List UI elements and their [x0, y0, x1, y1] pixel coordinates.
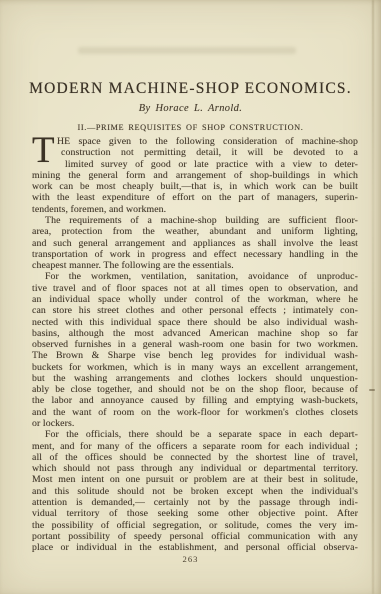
text-line: or lockers.	[32, 418, 358, 429]
text-line: with the least expenditure of effort on …	[32, 192, 358, 203]
text-line: area, protection from the weather, abund…	[32, 226, 358, 237]
text-line: attention is demanded,— certainly not by…	[32, 497, 358, 508]
text-line: construction not permitting detail, it w…	[32, 147, 358, 158]
text-line: tive travel and of floor spaces not at a…	[32, 283, 358, 294]
text-line: buckets for workmen, which is in many wa…	[32, 362, 358, 373]
text-line: Most men intent on one pursuit or proble…	[32, 474, 358, 485]
text-line: The requirements of a machine-shop build…	[32, 215, 358, 226]
text-line: tendents, foremen, and workmen.	[32, 204, 358, 215]
text-line: cheapest manner. The following are the e…	[32, 260, 358, 271]
paragraph: THE space given to the following conside…	[32, 136, 358, 215]
text-line: limited survey of good or late practice …	[32, 159, 358, 170]
bleed-through-ghost	[78, 47, 296, 54]
section-heading: II.—PRIME REQUISITES OF SHOP CONSTRUCTIO…	[0, 123, 381, 132]
article-body: THE space given to the following conside…	[32, 136, 358, 553]
text-line: and the want of room on the work-floor f…	[32, 407, 358, 418]
text-line: basins, although the most advanced Ameri…	[32, 328, 358, 339]
text-line: work can be most cheaply built,—that is,…	[32, 181, 358, 192]
text-line: the possibility of official segregation,…	[32, 520, 358, 531]
text-line: the labor and annoyance caused by fillin…	[32, 395, 358, 406]
text-line: For the officials, there should be a sep…	[32, 429, 358, 440]
text-line: which should not pass through any indivi…	[32, 463, 358, 474]
text-line: ably be close together, and should not b…	[32, 384, 358, 395]
book-page: MODERN MACHINE-SHOP ECONOMICS. By Horace…	[0, 0, 381, 594]
page-number: 263	[0, 554, 381, 564]
text-line: ment, and for many of the officers a sep…	[32, 441, 358, 452]
text-line: HE space given to the following consider…	[32, 136, 358, 147]
text-line: mining the general form and arrangement …	[32, 170, 358, 181]
byline: By Horace L. Arnold.	[0, 103, 381, 114]
paragraph: The requirements of a machine-shop build…	[32, 215, 358, 271]
paragraph: For the officials, there should be a sep…	[32, 429, 358, 553]
text-line: The Brown & Sharpe vise bench leg provid…	[32, 350, 358, 361]
text-line: transportation of work in progress and e…	[32, 249, 358, 260]
text-line: but the washing arrangements and clothes…	[32, 373, 358, 384]
page-edge-crease	[372, 0, 374, 594]
text-line: all of the offices should be connected b…	[32, 452, 358, 463]
text-line: vidual territory of those seeking some o…	[32, 508, 358, 519]
drop-cap: T	[32, 135, 55, 167]
text-line: observed furnishes in a general wash-roo…	[32, 339, 358, 350]
text-line: place or individual in the establishment…	[32, 542, 358, 553]
paragraph: For the workmen, ventilation, sanitation…	[32, 271, 358, 429]
text-line: and this solitude should not be broken e…	[32, 486, 358, 497]
text-line: can store his street clothes and other p…	[32, 305, 358, 316]
text-line: and such general arrangement and applian…	[32, 238, 358, 249]
scan-artifact	[369, 389, 375, 391]
text-line: nected with this individual space there …	[32, 317, 358, 328]
text-line: For the workmen, ventilation, sanitation…	[32, 271, 358, 282]
article-title: MODERN MACHINE-SHOP ECONOMICS.	[0, 80, 381, 98]
text-line: portant possibility of speedy personal o…	[32, 531, 358, 542]
text-line: an individual space wholly under control…	[32, 294, 358, 305]
